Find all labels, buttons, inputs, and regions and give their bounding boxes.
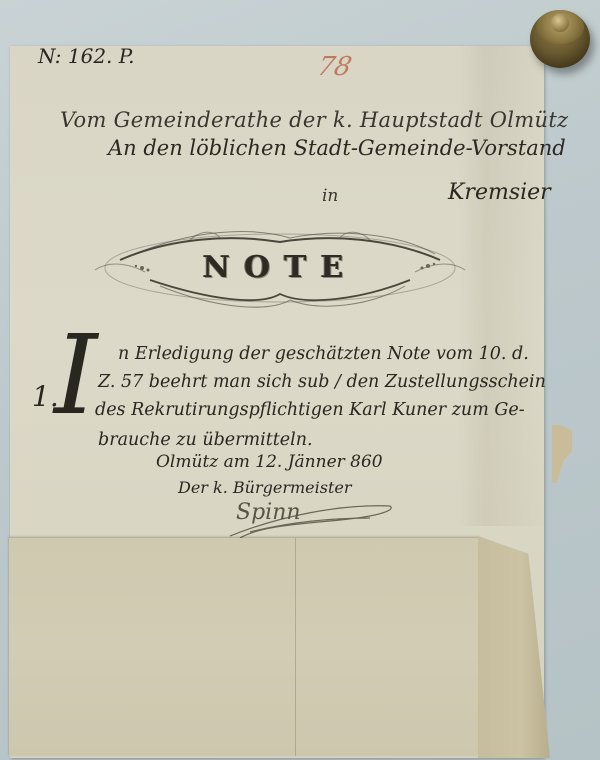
signature: Spinn: [236, 500, 301, 525]
recipient-line: An den löblichen Stadt-Gemeinde-Vorstand: [108, 136, 566, 160]
fold-crease: [295, 538, 296, 756]
body-line-1: n Erledigung der geschätzten Note vom 10…: [118, 344, 529, 364]
body-line-2: Z. 57 beehrt man sich sub / den Zustellu…: [98, 372, 546, 392]
brass-weight-object: [528, 4, 592, 68]
body-line-4: brauche zu übermitteln.: [98, 430, 313, 450]
torn-paper-edge: [552, 425, 572, 483]
photo-background: N: 162. P. 78 Vom Gemeinderathe der k. H…: [0, 0, 600, 760]
note-banner: NOTE: [90, 220, 470, 312]
decorative-initial: I: [54, 320, 97, 430]
note-title: NOTE: [90, 250, 470, 285]
sender-line: Vom Gemeinderathe der k. Hauptstadt Olmü…: [60, 108, 568, 132]
body-line-3: des Rekrutirungspflichtigen Karl Kuner z…: [95, 400, 525, 420]
folded-lower-flap: [9, 538, 479, 756]
folio-number: 78: [315, 52, 354, 82]
reference-number: N: 162. P.: [38, 44, 135, 68]
dateline: Olmütz am 12. Jänner 860: [156, 452, 383, 472]
in-label: in: [322, 186, 338, 206]
signer-title: Der k. Bürgermeister: [178, 478, 351, 497]
destination-city: Kremsier: [448, 180, 551, 205]
